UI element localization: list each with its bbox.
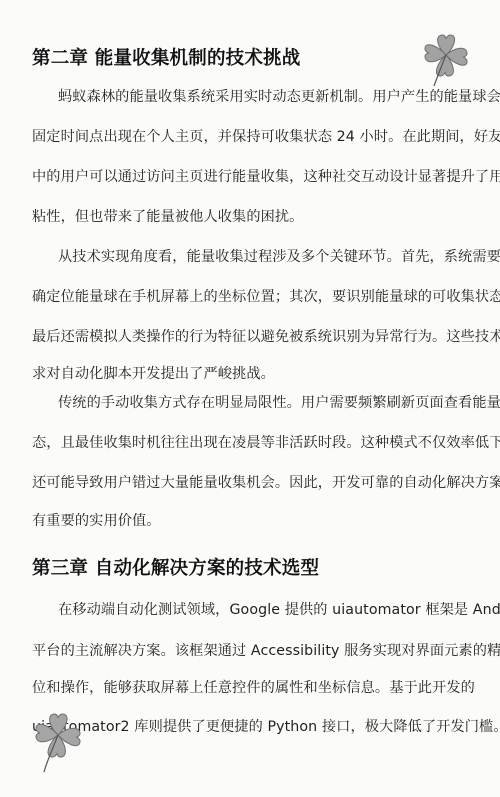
text-line: 还可能导致用户错过大量能量收集机会。因此，开发可靠的自动化解决方案具 [32, 472, 500, 492]
four-leaf-clover-icon [420, 30, 472, 88]
text-line: 平台的主流解决方案。该框架通过 Accessibility 服务实现对界面元素的… [32, 640, 500, 660]
text-line: 中的用户可以通过访问主页进行能量收集，这种社交互动设计显著提升了用户 [32, 166, 500, 186]
text-line: 固定时间点出现在个人主页，并保持可收集状态 24 小时。在此期间，好友列表 [32, 126, 500, 146]
text-line: 求对自动化脚本开发提出了严峻挑战。 [32, 363, 275, 383]
text-line: 位和操作，能够获取屏幕上任意控件的属性和坐标信息。基于此开发的 [32, 677, 475, 697]
text-line: 蚂蚁森林的能量收集系统采用实时动态更新机制。用户产生的能量球会在 [58, 86, 500, 106]
document-page: 第二章 能量收集机制的技术挑战 蚂蚁森林的能量收集系统采用实时动态更新机制。用户… [0, 0, 500, 797]
text-line: 确定位能量球在手机屏幕上的坐标位置；其次，要识别能量球的可收集状态； [32, 286, 500, 306]
four-leaf-clover-icon [30, 708, 86, 774]
text-line: 最后还需模拟人类操作的行为特征以避免被系统识别为异常行为。这些技术要 [32, 326, 500, 346]
text-line: 从技术实现角度看，能量收集过程涉及多个关键环节。首先，系统需要准 [58, 246, 500, 266]
text-line: 态，且最佳收集时机往往出现在凌晨等非活跃时段。这种模式不仅效率低下， [32, 432, 500, 452]
chapter-3-heading: 第三章 自动化解决方案的技术选型 [32, 554, 319, 580]
text-line: 传统的手动收集方式存在明显局限性。用户需要频繁刷新页面查看能量状 [58, 392, 500, 412]
text-line: 在移动端自动化测试领域，Google 提供的 uiautomator 框架是 A… [58, 599, 500, 619]
text-line: uiautomator2 库则提供了更便捷的 Python 接口，极大降低了开发… [32, 716, 500, 736]
text-line: 有重要的实用价值。 [32, 510, 161, 530]
chapter-2-heading: 第二章 能量收集机制的技术挑战 [32, 44, 300, 70]
text-line: 粘性，但也带来了能量被他人收集的困扰。 [32, 206, 303, 226]
